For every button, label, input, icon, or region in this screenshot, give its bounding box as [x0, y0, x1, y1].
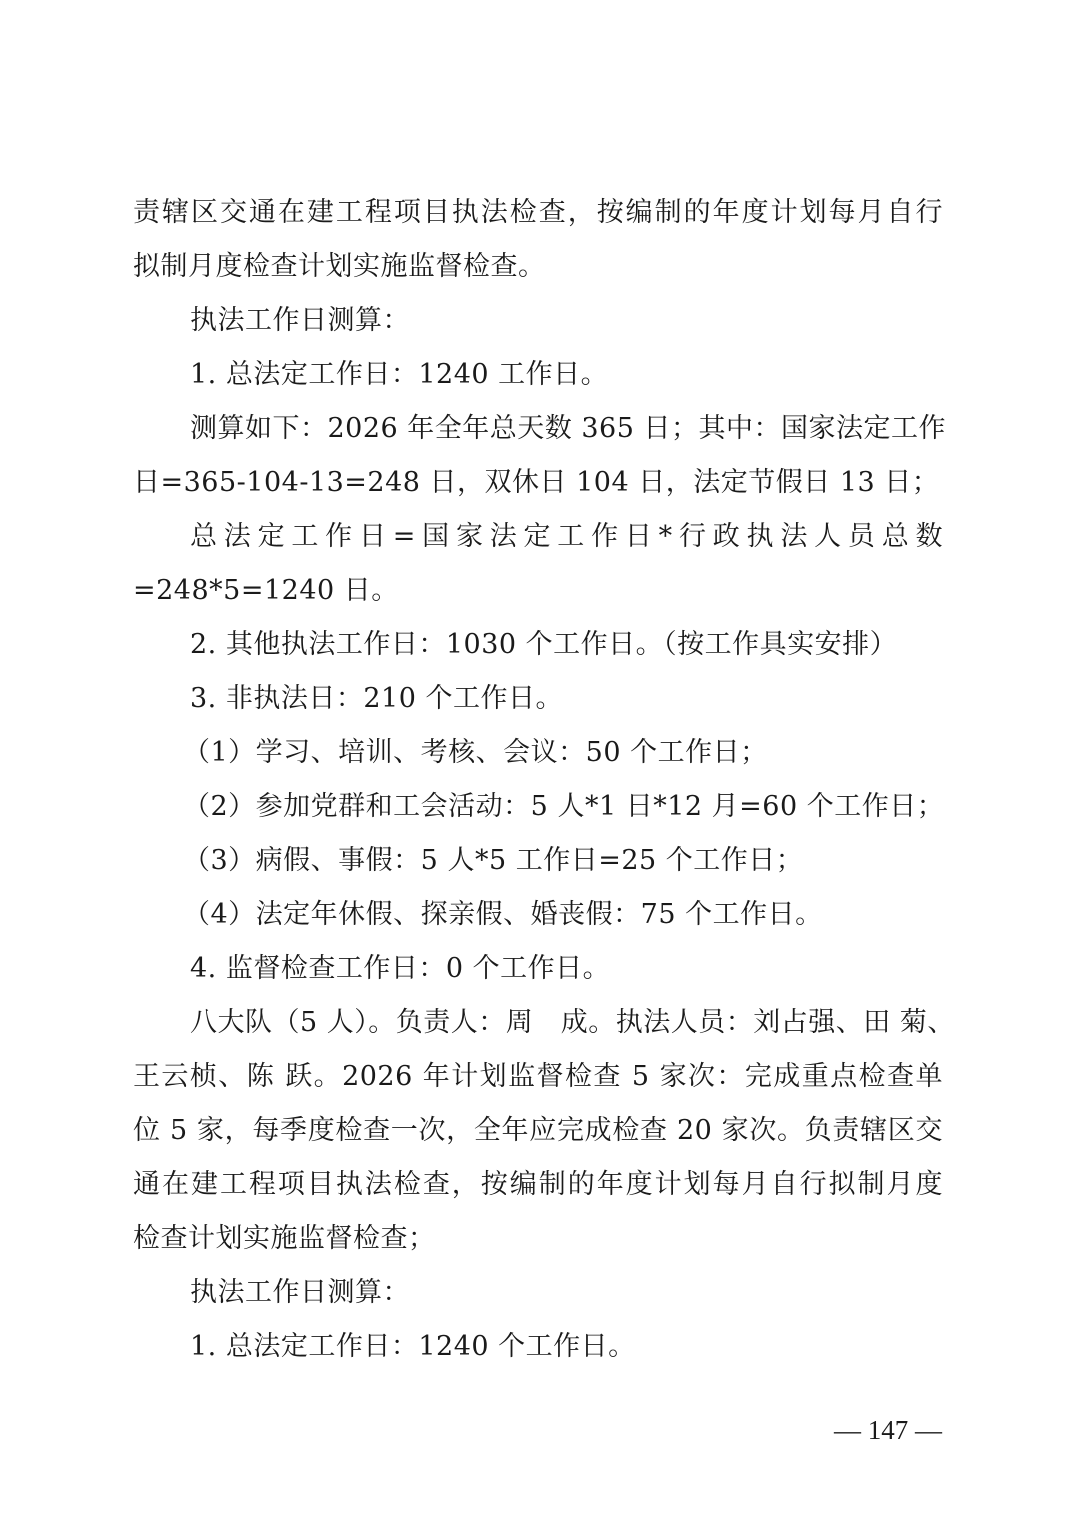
page-number: — 147 — [834, 1410, 942, 1450]
paragraph-line: 八大队（5 人）。负责人：周 成。执法人员：刘占强、田 菊、 [133, 996, 943, 1050]
list-item: 1. 总法定工作日：1240 工作日。 [133, 348, 943, 402]
paragraph-line: 日=365-104-13=248 日，双休日 104 日，法定节假日 13 日； [133, 456, 943, 510]
list-item: 4. 监督检查工作日：0 个工作日。 [133, 942, 943, 996]
document-page: 责辖区交通在建工程项目执法检查，按编制的年度计划每月自行 拟制月度检查计划实施监… [133, 186, 943, 1374]
paragraph-line: 王云桢、陈 跃。2026 年计划监督检查 5 家次：完成重点检查单 [133, 1050, 943, 1104]
section-heading: 执法工作日测算： [133, 1266, 943, 1320]
sub-list-item: （2）参加党群和工会活动：5 人*1 日*12 月=60 个工作日； [133, 780, 943, 834]
sub-list-item: （4）法定年休假、探亲假、婚丧假：75 个工作日。 [133, 888, 943, 942]
sub-list-item: （1）学习、培训、考核、会议：50 个工作日； [133, 726, 943, 780]
paragraph-line: 位 5 家，每季度检查一次，全年应完成检查 20 家次。负责辖区交 [133, 1104, 943, 1158]
paragraph-line: 拟制月度检查计划实施监督检查。 [133, 240, 943, 294]
section-heading: 执法工作日测算： [133, 294, 943, 348]
list-item: 2. 其他执法工作日：1030 个工作日。（按工作具实安排） [133, 618, 943, 672]
formula-line: 总法定工作日=国家法定工作日*行政执法人员总数 [133, 510, 943, 564]
list-item: 1. 总法定工作日：1240 个工作日。 [133, 1320, 943, 1374]
paragraph-line: 责辖区交通在建工程项目执法检查，按编制的年度计划每月自行 [133, 186, 943, 240]
paragraph-line: 通在建工程项目执法检查，按编制的年度计划每月自行拟制月度 [133, 1158, 943, 1212]
formula-line: =248*5=1240 日。 [133, 564, 943, 618]
list-item: 3. 非执法日：210 个工作日。 [133, 672, 943, 726]
sub-list-item: （3）病假、事假：5 人*5 工作日=25 个工作日； [133, 834, 943, 888]
paragraph-line: 测算如下：2026 年全年总天数 365 日；其中：国家法定工作 [133, 402, 943, 456]
paragraph-line: 检查计划实施监督检查； [133, 1212, 943, 1266]
